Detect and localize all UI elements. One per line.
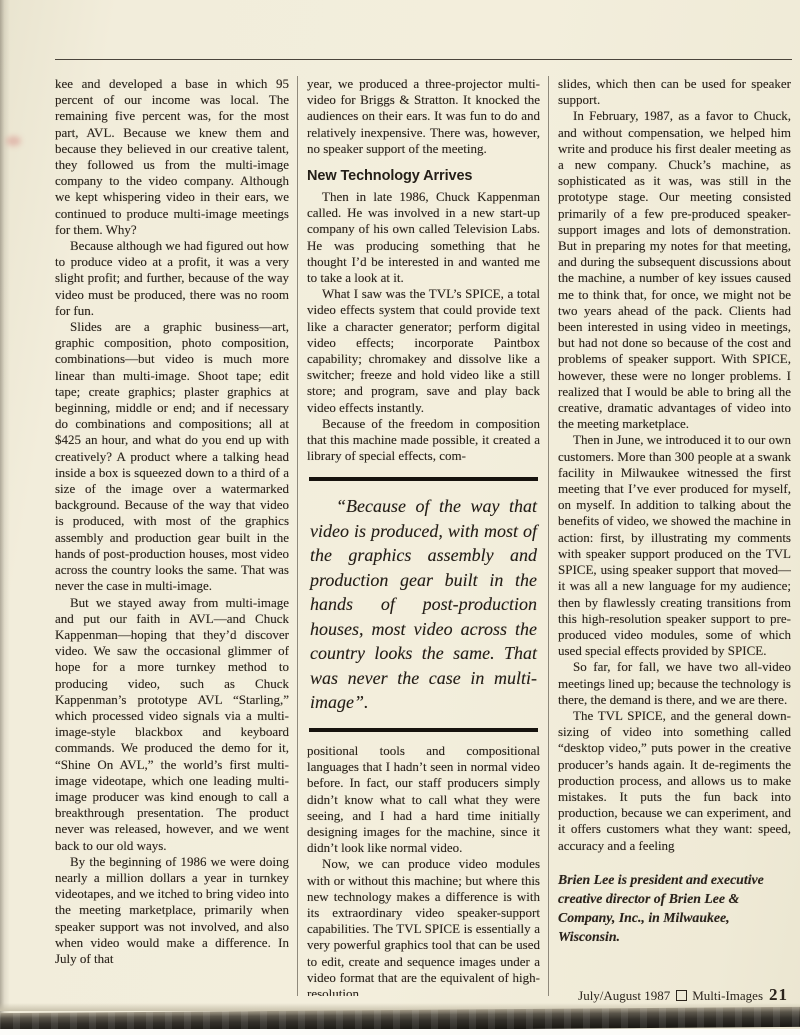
footer: July/August 1987Multi-Images21 [578, 985, 788, 1005]
pull-quote-rule-bottom [309, 728, 538, 732]
scan-smudge [6, 136, 21, 146]
pull-quote-rule-top [309, 477, 538, 481]
scanner-background [0, 1029, 800, 1035]
square-checkbox-icon [676, 990, 687, 1001]
top-rule [55, 59, 792, 60]
author-bio: Brien Lee is president and executive cre… [558, 870, 791, 946]
paragraph: Because of the freedom in composition th… [307, 416, 540, 465]
paragraph: positional tools and compositional langu… [307, 743, 540, 856]
footer-page-number: 21 [769, 985, 788, 1004]
column-2: year, we produced a three-projector mult… [297, 76, 540, 996]
pull-quote: “Because of the way that video is produc… [309, 477, 538, 732]
paragraph: year, we produced a three-projector mult… [307, 76, 540, 157]
paragraph: But we stayed away from multi-image and … [55, 595, 289, 854]
paragraph: Because although we had figured out how … [55, 238, 289, 319]
footer-magazine-name: Multi-Images [692, 988, 763, 1003]
paragraph: Then in late 1986, Chuck Kappenman calle… [307, 189, 540, 286]
paragraph: The TVL SPICE, and the general down-sizi… [558, 708, 791, 854]
column-1: kee and developed a base in which 95 per… [55, 76, 289, 996]
pull-quote-text: “Because of the way that video is produc… [310, 494, 537, 715]
paragraph: By the beginning of 1986 we were doing n… [55, 854, 289, 967]
paragraph: Then in June, we introduced it to our ow… [558, 432, 791, 659]
article-body: kee and developed a base in which 95 per… [55, 76, 792, 996]
section-heading: New Technology Arrives [307, 168, 540, 184]
magazine-page: kee and developed a base in which 95 per… [0, 0, 800, 1035]
paragraph: Now, we can produce video modules with o… [307, 856, 540, 996]
page-left-edge-shadow [0, 0, 10, 1035]
paragraph: kee and developed a base in which 95 per… [55, 76, 289, 238]
paragraph: In February, 1987, as a favor to Chuck, … [558, 108, 791, 432]
footer-issue: July/August 1987 [578, 988, 670, 1003]
paragraph: Slides are a graphic business—art, graph… [55, 319, 289, 594]
paragraph: What I saw was the TVL’s SPICE, a total … [307, 286, 540, 416]
paragraph: slides, which then can be used for speak… [558, 76, 791, 108]
paragraph: So far, for fall, we have two all-video … [558, 659, 791, 708]
column-3: slides, which then can be used for speak… [548, 76, 791, 996]
